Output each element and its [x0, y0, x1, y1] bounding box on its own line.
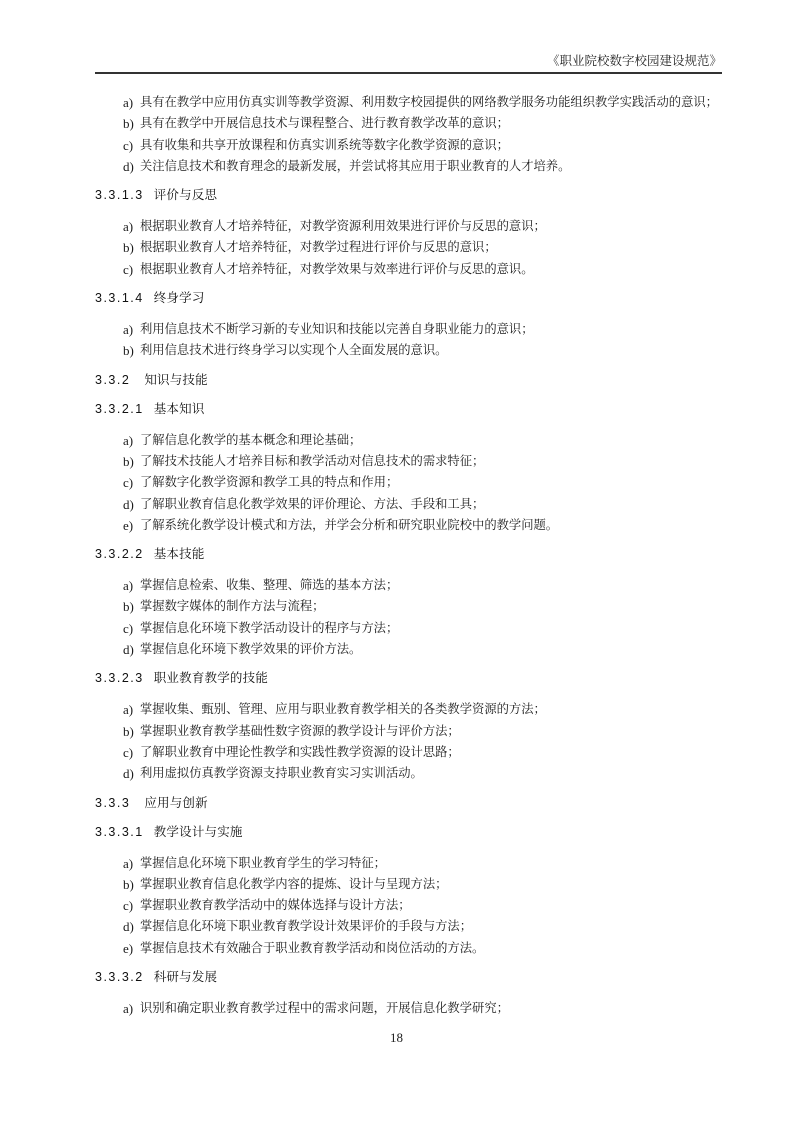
section-heading: 3.3.1.4终身学习: [95, 287, 725, 309]
section-title: 基本技能: [154, 547, 205, 561]
list-item: a)掌握信息化环境下职业教育学生的学习特征；: [95, 853, 725, 874]
section-number: 3.3.1.3: [95, 184, 144, 206]
list-item-text: 掌握信息技术有效融合于职业教育教学活动和岗位活动的方法。: [140, 941, 484, 955]
list-marker: b): [123, 874, 134, 895]
list-marker: c): [123, 618, 133, 639]
document-title: 《职业院校数字校园建设规范》: [547, 51, 722, 69]
list-marker: b): [123, 596, 134, 617]
section-heading: 3.3.1.3评价与反思: [95, 184, 725, 206]
list-item-text: 掌握收集、甄别、管理、应用与职业教育教学相关的各类教学资源的方法；: [140, 702, 546, 716]
list-item-text: 了解职业教育信息化教学效果的评价理论、方法、手段和工具；: [140, 497, 484, 511]
list-item-text: 具有在教学中应用仿真实训等教学资源、利用数字校园提供的网络教学服务功能组织教学实…: [140, 95, 718, 109]
list-item-text: 利用信息技术进行终身学习以实现个人全面发展的意识。: [140, 343, 447, 357]
item-list: a)根据职业教育人才培养特征，对教学资源利用效果进行评价与反思的意识；b)根据职…: [95, 216, 725, 280]
list-item-text: 了解职业教育中理论性教学和实践性教学资源的设计思路；: [140, 745, 460, 759]
list-item: b)根据职业教育人才培养特征，对教学过程进行评价与反思的意识；: [95, 237, 725, 258]
list-item-text: 关注信息技术和教育理念的最新发展，并尝试将其应用于职业教育的人才培养。: [140, 159, 570, 173]
list-item: e)了解系统化教学设计模式和方法，并学会分析和研究职业院校中的教学问题。: [95, 515, 725, 536]
list-item: a)具有在教学中应用仿真实训等教学资源、利用数字校园提供的网络教学服务功能组织教…: [95, 92, 725, 113]
section-title: 知识与技能: [144, 373, 208, 387]
list-item-text: 了解技术技能人才培养目标和教学活动对信息技术的需求特征；: [140, 454, 484, 468]
list-marker: d): [123, 156, 134, 177]
list-item-text: 具有收集和共享开放课程和仿真实训系统等数字化教学资源的意识；: [140, 138, 509, 152]
list-item-text: 掌握职业教育教学活动中的媒体选择与设计方法；: [140, 898, 411, 912]
section-number: 3.3.2: [95, 369, 130, 391]
section-number: 3.3.3.1: [95, 821, 144, 843]
list-item: b)掌握职业教育教学基础性数字资源的教学设计与评价方法；: [95, 721, 725, 742]
section-heading: 3.3.2.1基本知识: [95, 398, 725, 420]
list-item: c)了解职业教育中理论性教学和实践性教学资源的设计思路；: [95, 742, 725, 763]
section-heading: 3.3.2知识与技能: [95, 369, 725, 391]
list-marker: c): [123, 742, 133, 763]
item-list: a)识别和确定职业教育教学过程中的需求问题，开展信息化教学研究；: [95, 998, 725, 1019]
list-item-text: 掌握信息化环境下职业教育学生的学习特征；: [140, 856, 386, 870]
list-item-text: 掌握信息化环境下职业教育教学设计效果评价的手段与方法；: [140, 919, 472, 933]
section-heading: 3.3.3.2科研与发展: [95, 966, 725, 988]
list-marker: c): [123, 895, 133, 916]
list-item: a)利用信息技术不断学习新的专业知识和技能以完善自身职业能力的意识；: [95, 319, 725, 340]
list-item: e)掌握信息技术有效融合于职业教育教学活动和岗位活动的方法。: [95, 938, 725, 959]
section-number: 3.3.3: [95, 792, 130, 814]
list-marker: e): [123, 515, 133, 536]
section-heading: 3.3.2.2基本技能: [95, 543, 725, 565]
list-item: d)关注信息技术和教育理念的最新发展，并尝试将其应用于职业教育的人才培养。: [95, 156, 725, 177]
list-item-text: 掌握职业教育信息化教学内容的提炼、设计与呈现方法；: [140, 877, 447, 891]
list-marker: a): [123, 319, 133, 340]
list-item-text: 了解系统化教学设计模式和方法，并学会分析和研究职业院校中的教学问题。: [140, 518, 558, 532]
list-item-text: 识别和确定职业教育教学过程中的需求问题，开展信息化教学研究；: [140, 1001, 509, 1015]
section-heading: 3.3.2.3职业教育教学的技能: [95, 667, 725, 689]
list-marker: b): [123, 237, 134, 258]
section-number: 3.3.2.3: [95, 667, 144, 689]
list-marker: a): [123, 430, 133, 451]
list-marker: b): [123, 340, 134, 361]
list-item: c)根据职业教育人才培养特征，对教学效果与效率进行评价与反思的意识。: [95, 259, 725, 280]
list-item-text: 掌握信息检索、收集、整理、筛选的基本方法；: [140, 578, 398, 592]
section-title: 教学设计与实施: [154, 825, 243, 839]
list-item: a)识别和确定职业教育教学过程中的需求问题，开展信息化教学研究；: [95, 998, 725, 1019]
list-item-text: 了解信息化教学的基本概念和理论基础；: [140, 433, 361, 447]
list-marker: d): [123, 639, 134, 660]
running-header: 《职业院校数字校园建设规范》: [95, 48, 722, 74]
section-number: 3.3.2.2: [95, 543, 144, 565]
list-item: b)具有在教学中开展信息技术与课程整合、进行教育教学改革的意识；: [95, 113, 725, 134]
list-item-text: 根据职业教育人才培养特征，对教学资源利用效果进行评价与反思的意识；: [140, 219, 546, 233]
list-marker: a): [123, 853, 133, 874]
item-list: a)掌握信息化环境下职业教育学生的学习特征；b)掌握职业教育信息化教学内容的提炼…: [95, 853, 725, 959]
list-item: b)了解技术技能人才培养目标和教学活动对信息技术的需求特征；: [95, 451, 725, 472]
section-title: 职业教育教学的技能: [154, 671, 268, 685]
section-title: 应用与创新: [144, 796, 208, 810]
list-item: b)掌握数字媒体的制作方法与流程；: [95, 596, 725, 617]
list-item: a)根据职业教育人才培养特征，对教学资源利用效果进行评价与反思的意识；: [95, 216, 725, 237]
list-marker: c): [123, 472, 133, 493]
section-number: 3.3.3.2: [95, 966, 144, 988]
list-item: a)了解信息化教学的基本概念和理论基础；: [95, 430, 725, 451]
list-item-text: 根据职业教育人才培养特征，对教学效果与效率进行评价与反思的意识。: [140, 262, 534, 276]
section-title: 终身学习: [154, 291, 205, 305]
list-item-text: 利用信息技术不断学习新的专业知识和技能以完善自身职业能力的意识；: [140, 322, 534, 336]
section-heading: 3.3.3.1教学设计与实施: [95, 821, 725, 843]
list-marker: b): [123, 113, 134, 134]
list-item: d)了解职业教育信息化教学效果的评价理论、方法、手段和工具；: [95, 494, 725, 515]
list-item-text: 掌握信息化环境下教学效果的评价方法。: [140, 642, 361, 656]
list-item: a)掌握信息检索、收集、整理、筛选的基本方法；: [95, 575, 725, 596]
item-list: a)掌握信息检索、收集、整理、筛选的基本方法；b)掌握数字媒体的制作方法与流程；…: [95, 575, 725, 660]
list-item-text: 掌握信息化环境下教学活动设计的程序与方法；: [140, 621, 398, 635]
list-item-text: 了解数字化教学资源和教学工具的特点和作用；: [140, 475, 398, 489]
item-list: a)了解信息化教学的基本概念和理论基础；b)了解技术技能人才培养目标和教学活动对…: [95, 430, 725, 536]
section-number: 3.3.1.4: [95, 287, 144, 309]
list-item: c)掌握职业教育教学活动中的媒体选择与设计方法；: [95, 895, 725, 916]
item-list: a)具有在教学中应用仿真实训等教学资源、利用数字校园提供的网络教学服务功能组织教…: [95, 92, 725, 177]
list-marker: a): [123, 575, 133, 596]
list-item-text: 掌握数字媒体的制作方法与流程；: [140, 599, 324, 613]
list-item: b)利用信息技术进行终身学习以实现个人全面发展的意识。: [95, 340, 725, 361]
list-marker: c): [123, 259, 133, 280]
list-marker: d): [123, 763, 134, 784]
list-item-text: 利用虚拟仿真教学资源支持职业教育实习实训活动。: [140, 766, 423, 780]
list-marker: d): [123, 494, 134, 515]
list-item: d)掌握信息化环境下职业教育教学设计效果评价的手段与方法；: [95, 916, 725, 937]
page-body: a)具有在教学中应用仿真实训等教学资源、利用数字校园提供的网络教学服务功能组织教…: [95, 92, 725, 1025]
list-item: c)掌握信息化环境下教学活动设计的程序与方法；: [95, 618, 725, 639]
list-item: d)掌握信息化环境下教学效果的评价方法。: [95, 639, 725, 660]
list-item: c)了解数字化教学资源和教学工具的特点和作用；: [95, 472, 725, 493]
item-list: a)利用信息技术不断学习新的专业知识和技能以完善自身职业能力的意识；b)利用信息…: [95, 319, 725, 362]
list-item: b)掌握职业教育信息化教学内容的提炼、设计与呈现方法；: [95, 874, 725, 895]
section-title: 基本知识: [154, 402, 205, 416]
list-item-text: 掌握职业教育教学基础性数字资源的教学设计与评价方法；: [140, 724, 460, 738]
section-title: 评价与反思: [154, 188, 218, 202]
list-marker: a): [123, 216, 133, 237]
list-item: c)具有收集和共享开放课程和仿真实训系统等数字化教学资源的意识；: [95, 135, 725, 156]
list-item-text: 具有在教学中开展信息技术与课程整合、进行教育教学改革的意识；: [140, 116, 509, 130]
list-item-text: 根据职业教育人才培养特征，对教学过程进行评价与反思的意识；: [140, 240, 497, 254]
item-list: a)掌握收集、甄别、管理、应用与职业教育教学相关的各类教学资源的方法；b)掌握职…: [95, 699, 725, 784]
list-marker: a): [123, 998, 133, 1019]
list-marker: a): [123, 699, 133, 720]
list-marker: b): [123, 721, 134, 742]
list-item: d)利用虚拟仿真教学资源支持职业教育实习实训活动。: [95, 763, 725, 784]
list-marker: e): [123, 938, 133, 959]
list-marker: d): [123, 916, 134, 937]
section-heading: 3.3.3应用与创新: [95, 792, 725, 814]
section-number: 3.3.2.1: [95, 398, 144, 420]
list-item: a)掌握收集、甄别、管理、应用与职业教育教学相关的各类教学资源的方法；: [95, 699, 725, 720]
page-number: 18: [0, 1030, 793, 1046]
list-marker: a): [123, 92, 133, 113]
list-marker: b): [123, 451, 134, 472]
list-marker: c): [123, 135, 133, 156]
section-title: 科研与发展: [154, 970, 218, 984]
